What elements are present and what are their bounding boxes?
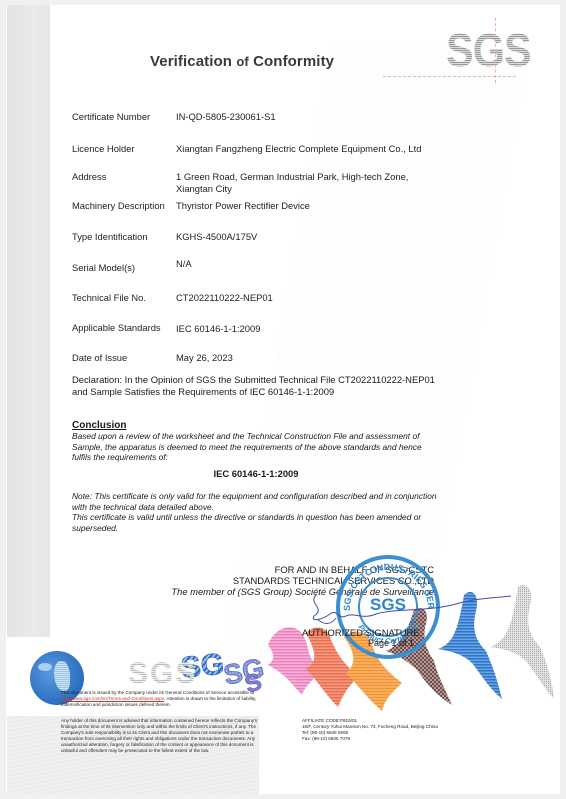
title-word: of <box>236 54 248 69</box>
terms-link[interactable]: http://www.sgs.com/en/Terms-and-Conditio… <box>61 696 164 701</box>
note-line-1: Note: This certificate is only valid for… <box>72 491 442 512</box>
conclusion-text: Based upon a review of the worksheet and… <box>72 431 432 463</box>
field-label-type-identification: Type Identification <box>72 231 148 242</box>
crop-mark-horizontal <box>383 76 516 77</box>
field-value-serial-models: N/A <box>176 258 436 270</box>
field-value-licence-holder: Xiangtan Fangzheng Electric Complete Equ… <box>176 143 426 155</box>
sgs-logo: SGS <box>446 27 531 73</box>
footer-affiliate: AFFILIATE CODE:F815/01 16/F, Century Yuh… <box>302 718 502 742</box>
field-value-type-identification: KGHS-4500A/175V <box>176 231 436 243</box>
field-label-date-of-issue: Date of Issue <box>72 352 127 363</box>
certificate-page: Verification of Conformity SGS Certifica… <box>6 5 560 794</box>
handwritten-signature <box>306 590 516 630</box>
declaration-text: Declaration: In the Opinion of SGS the S… <box>72 374 442 398</box>
note-line-2: This certificate is valid until unless t… <box>72 512 442 533</box>
field-label-certificate-number: Certificate Number <box>72 111 150 122</box>
left-decorative-bar <box>7 5 50 637</box>
field-label-technical-file: Technical File No. <box>72 292 146 303</box>
conclusion-standard: IEC 60146-1-1:2009 <box>186 468 326 479</box>
field-label-serial-models: Serial Model(s) <box>72 262 135 273</box>
conclusion-heading: Conclusion <box>72 420 126 431</box>
affiliate-fax: Fax: (86-10) 6845 7078 <box>302 736 502 742</box>
field-value-date-of-issue: May 26, 2023 <box>176 352 436 364</box>
page-number: Page 1 of 1 <box>368 638 414 648</box>
page-title: Verification of Conformity <box>150 53 334 70</box>
field-value-machinery-description: Thyristor Power Rectifier Device <box>176 200 436 212</box>
footer-disclaimer: Any holder of this document is advised t… <box>61 718 266 754</box>
terms-prefix: This document is issued by the Company u… <box>61 690 254 695</box>
field-value-certificate-number: IN-QD-5805-230061-S1 <box>176 111 436 123</box>
field-label-licence-holder: Licence Holder <box>72 143 135 154</box>
field-label-applicable-standards: Applicable Standards <box>72 322 161 333</box>
title-word: Conformity <box>253 53 334 70</box>
title-word: Verification <box>150 53 232 70</box>
footer-terms: This document is issued by the Company u… <box>61 690 271 708</box>
footer-sgs-logo-gray: SGS <box>128 657 197 691</box>
field-value-address: 1 Green Road, German Industrial Park, Hi… <box>176 171 426 195</box>
field-label-machinery-description: Machinery Description <box>72 200 165 211</box>
note-block: Note: This certificate is only valid for… <box>72 491 442 533</box>
field-value-applicable-standards: IEC 60146-1-1:2009 <box>176 323 436 335</box>
field-value-technical-file: CT2022110222-NEP01 <box>176 292 436 304</box>
field-label-address: Address <box>72 171 106 182</box>
crop-mark-vertical <box>495 18 496 83</box>
authorized-signature-label: AUTHORIZED SIGNATURE <box>302 627 420 638</box>
